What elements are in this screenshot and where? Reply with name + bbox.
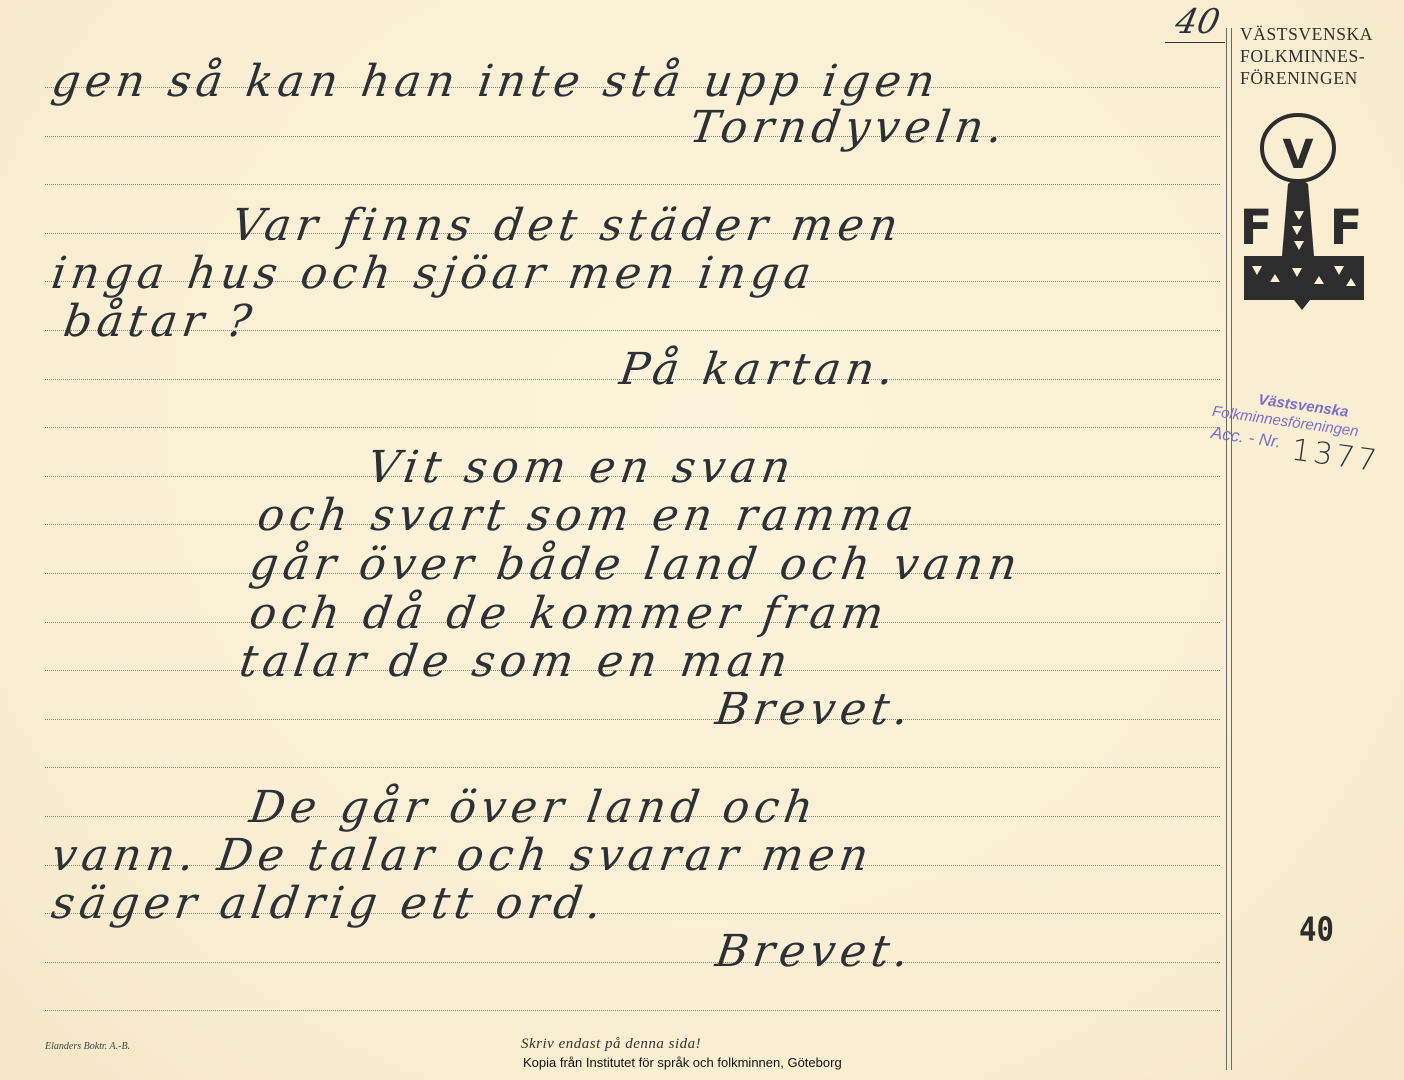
handwritten-line: De går över land och — [247, 786, 821, 830]
handwritten-page-number: 40 — [1172, 2, 1224, 42]
handwritten-line: Brevet. — [713, 688, 916, 732]
logo-letter-v: V — [1283, 132, 1314, 178]
org-header-line-2: FOLKMINNES- — [1240, 45, 1373, 67]
margin-line-right — [1231, 28, 1232, 1070]
handwritten-line: gen så kan han inte stå upp igen — [49, 60, 942, 104]
ruled-line — [45, 719, 1220, 720]
org-header-line-1: VÄSTSVENSKA — [1240, 23, 1373, 45]
ruled-line — [45, 427, 1220, 428]
handwritten-line: och då de kommer fram — [247, 592, 891, 636]
printer-credit: Elanders Boktr. A.-B. — [45, 1041, 130, 1052]
ruled-line — [45, 962, 1220, 963]
handwritten-line: båtar ? — [61, 300, 259, 344]
copy-attribution: Kopia från Institutet för språk och folk… — [523, 1055, 842, 1070]
handwritten-line: Brevet. — [713, 930, 916, 974]
vff-thors-hammer-logo-icon: V F F — [1234, 106, 1374, 310]
ruled-line — [45, 1010, 1220, 1011]
accession-number: 1377 — [1289, 432, 1381, 479]
org-header-line-3: FÖRENINGEN — [1240, 67, 1373, 89]
page-number-underline — [1165, 42, 1225, 43]
ruled-line — [45, 136, 1220, 137]
handwritten-line: Torndyveln. — [687, 106, 1010, 150]
ruled-line — [45, 767, 1220, 768]
handwritten-line: Var finns det städer men — [229, 204, 905, 248]
handwritten-line: talar de som en man — [237, 640, 795, 684]
printed-page-number: 40 — [1299, 909, 1334, 948]
handwritten-line: vann. De talar och svarar men — [49, 834, 876, 878]
archive-page: 40 VÄSTSVENSKA FOLKMINNES- FÖRENINGEN V … — [0, 0, 1404, 1080]
logo-letter-f-left: F — [1240, 200, 1273, 256]
handwritten-line: säger aldrig ett ord. — [49, 882, 609, 926]
handwritten-line: inga hus och sjöar men inga — [49, 252, 819, 296]
handwritten-line: går över både land och vann — [247, 543, 1025, 587]
writing-instruction: Skriv endast på denna sida! — [521, 1036, 701, 1053]
handwritten-line: och svart som en ramma — [255, 494, 921, 538]
ruled-line — [45, 184, 1220, 185]
organization-header: VÄSTSVENSKA FOLKMINNES- FÖRENINGEN — [1240, 23, 1373, 89]
margin-line-left — [1226, 28, 1227, 1070]
accession-stamp: Västsvenska Folkminnesföreningen Acc. - … — [1193, 384, 1402, 520]
handwritten-line: På kartan. — [617, 348, 901, 392]
logo-letter-f-right: F — [1330, 200, 1363, 256]
handwritten-line: Vit som en svan — [365, 446, 798, 490]
